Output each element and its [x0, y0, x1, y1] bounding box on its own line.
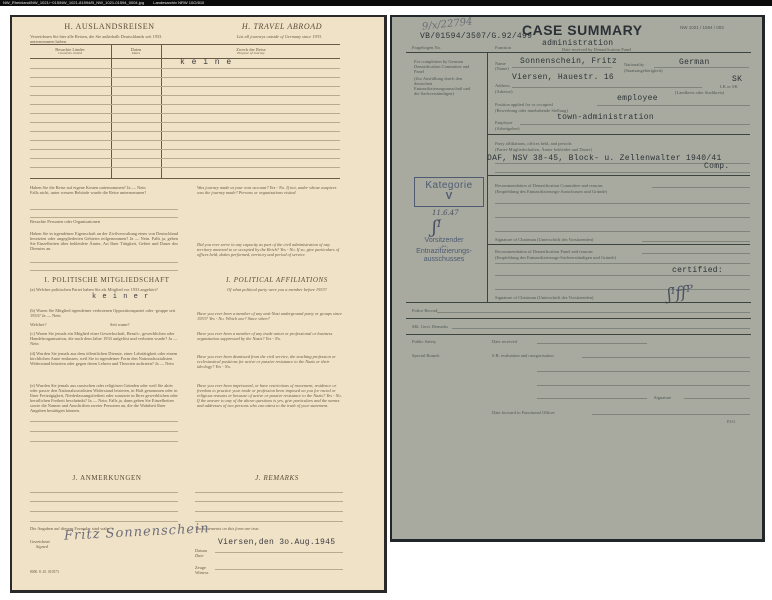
signature-label: Signature: [654, 395, 671, 400]
applicant-signature: Fritz Sonnenschein: [64, 526, 210, 540]
fragebogen-page: H. AUSLANDSREISEN H. TRAVEL ABROAD Verze…: [10, 15, 387, 593]
completion-note-en: For completion by German Denazification …: [414, 59, 476, 74]
question-c-en: Have you ever been a member of any trade…: [197, 331, 342, 341]
date-received-label: Date received: [492, 339, 517, 344]
date-forward-label: Date forward to Functional Officer: [492, 410, 555, 415]
certified-text: certified:: [672, 266, 723, 275]
file-path: NW_Rheinland/NW_1021/~015/NW_1021-81594/…: [3, 0, 144, 5]
section-h-title-en: H. TRAVEL ABROAD: [212, 24, 352, 30]
position-label: Position applied for or occupied: [495, 102, 553, 107]
kategorie-stamp: Kategorie V: [414, 177, 484, 207]
chairman-signature: ʃᴵffᴾ: [666, 281, 695, 303]
print-code: 8000. 8. 45. 010573: [30, 570, 59, 575]
question-civil-de: Haben Sie in irgendeiner Eigenschaft an …: [30, 231, 178, 251]
archive-label: Landesarchiv NRW 10/2/810: [153, 0, 204, 5]
employer-value: town-administration: [557, 113, 654, 122]
date-label-en: Date: [195, 553, 204, 558]
question-c-de: (c) Waren Sie jemals ein Mitglied einer …: [30, 331, 178, 346]
mil-govt-remarks-label: Mil. Govt. Remarks: [412, 324, 448, 329]
committee-recommendation-label: Recommendation of Denazification Committ…: [495, 183, 603, 188]
section-h-title-de: H. AUSLANDSREISEN: [42, 24, 177, 30]
fragebogen-number: VB/01594/3507/G.92/499: [420, 32, 532, 41]
question-a-answer: k e i n e r: [92, 294, 149, 300]
chairman-signature-label-1: Signature of Chairman (Unterschrift des …: [495, 237, 593, 242]
panel-recommendation-label: Recommendation of Denazification Panel a…: [495, 249, 593, 254]
file-path-bar: NW_Rheinland/NW_1021/~015/NW_1021-81594/…: [0, 0, 772, 6]
section-j-title-de: J. ANMERKUNGEN: [32, 475, 182, 481]
address-label: Address: [495, 83, 510, 88]
witness-label-en: Witness: [195, 570, 208, 575]
question-civil-en: Did you ever serve in any capacity as pa…: [197, 242, 342, 257]
question-cost-de: Haben Sie die Reise auf eigene Kosten un…: [30, 185, 150, 195]
section-j-title-en: J. REMARKS: [207, 475, 347, 481]
party-comp: Comp.: [704, 162, 730, 171]
question-e-de: (e) Wurden Sie jemals aus rassischen ode…: [30, 383, 178, 413]
special-branch-label: Special Branch: [412, 353, 439, 358]
section-i-title-de: I. POLITISCHE MITGLIEDSCHAFT: [32, 277, 182, 283]
question-b-since: Seit wann?: [110, 322, 129, 327]
question-d-en: Have you ever been dismissed from the ci…: [197, 354, 342, 369]
function-label: Function: [495, 45, 511, 50]
name-value: Sonnenschein, Fritz: [520, 57, 617, 66]
fragebogen-label: Fragebogen No.: [412, 45, 441, 50]
question-e-en: Have you ever been imprisoned, or have r…: [197, 383, 342, 408]
police-record-label: Police Record: [412, 308, 437, 313]
section-i-title-en: I. POLITICAL AFFILIATIONS: [207, 277, 347, 283]
signed-label-en: Signed: [36, 544, 48, 549]
travel-entry-none: k e i n e: [180, 60, 232, 66]
question-b-en: Have you ever been a member of any anti-…: [197, 311, 342, 321]
nationality-value: German: [679, 58, 710, 67]
completion-note-de: (Zur Ausfüllung durch den deutschen Entn…: [414, 76, 476, 96]
lk-sk-value: SK: [732, 75, 742, 84]
chairman-signature-label-2: Signature of Chairman (Unterschrift des …: [495, 295, 593, 300]
party-value: DAF, NSV 38-45, Block- u. Zellenwalter 1…: [487, 154, 722, 163]
party-label: Party affiliations, offices held, and pe…: [495, 141, 571, 146]
lk-sk-label: LK or SK: [720, 84, 738, 89]
public-safety-label: Public Safety: [412, 339, 436, 344]
question-b-de: (b) Waren Sie Mitglied irgendeiner verbo…: [30, 308, 178, 318]
vorsitzender-stamp: Vorsitzender des Entnazifizierungs- auss…: [404, 237, 484, 264]
date-value: Viersen,den 3o.Aug.1945: [218, 540, 335, 546]
question-a-en: Of what political party were you a membe…: [207, 287, 347, 292]
position-value: employee: [617, 94, 658, 103]
chairman-initials-stamp-area: ʃᴵ: [432, 217, 441, 238]
section-h-instruction-de: Verzeichnen Sie hier alle Reisen, die Si…: [30, 34, 180, 44]
question-cost-en: Was journey made at your own account? Ye…: [197, 185, 342, 195]
nationality-label: Nationality: [624, 62, 644, 67]
handwritten-date: 11.6.47: [432, 209, 459, 217]
question-a-de: (a) Welcher politischen Partei haben Sie…: [30, 287, 178, 292]
category-value: V: [415, 192, 483, 202]
reference-number: NW 1021 / 1594 / 003: [680, 25, 724, 30]
case-summary-page: 9/x/22794 CASE SUMMARY NW 1021 / 1594 / …: [390, 15, 765, 542]
employer-label: Employer: [495, 120, 513, 125]
address-value: Viersen, Hauestr. 16: [512, 73, 614, 82]
footer-code: P.S.O.: [727, 420, 736, 425]
case-summary-title: CASE SUMMARY: [522, 22, 643, 38]
handwritten-number: 9/x/22794: [422, 16, 473, 32]
question-b-which: Welcher?: [30, 322, 46, 327]
question-persons-de: Besuchte Personen oder Organisationen: [30, 219, 110, 224]
question-d-de: (d) Wurden Sie jemals aus dem öffentlich…: [30, 351, 178, 366]
section-h-instruction-en: List all journeys outside of Germany sin…: [197, 34, 362, 39]
sb-evaluation-label: S.B. evaluation and categorisation: [492, 353, 554, 358]
